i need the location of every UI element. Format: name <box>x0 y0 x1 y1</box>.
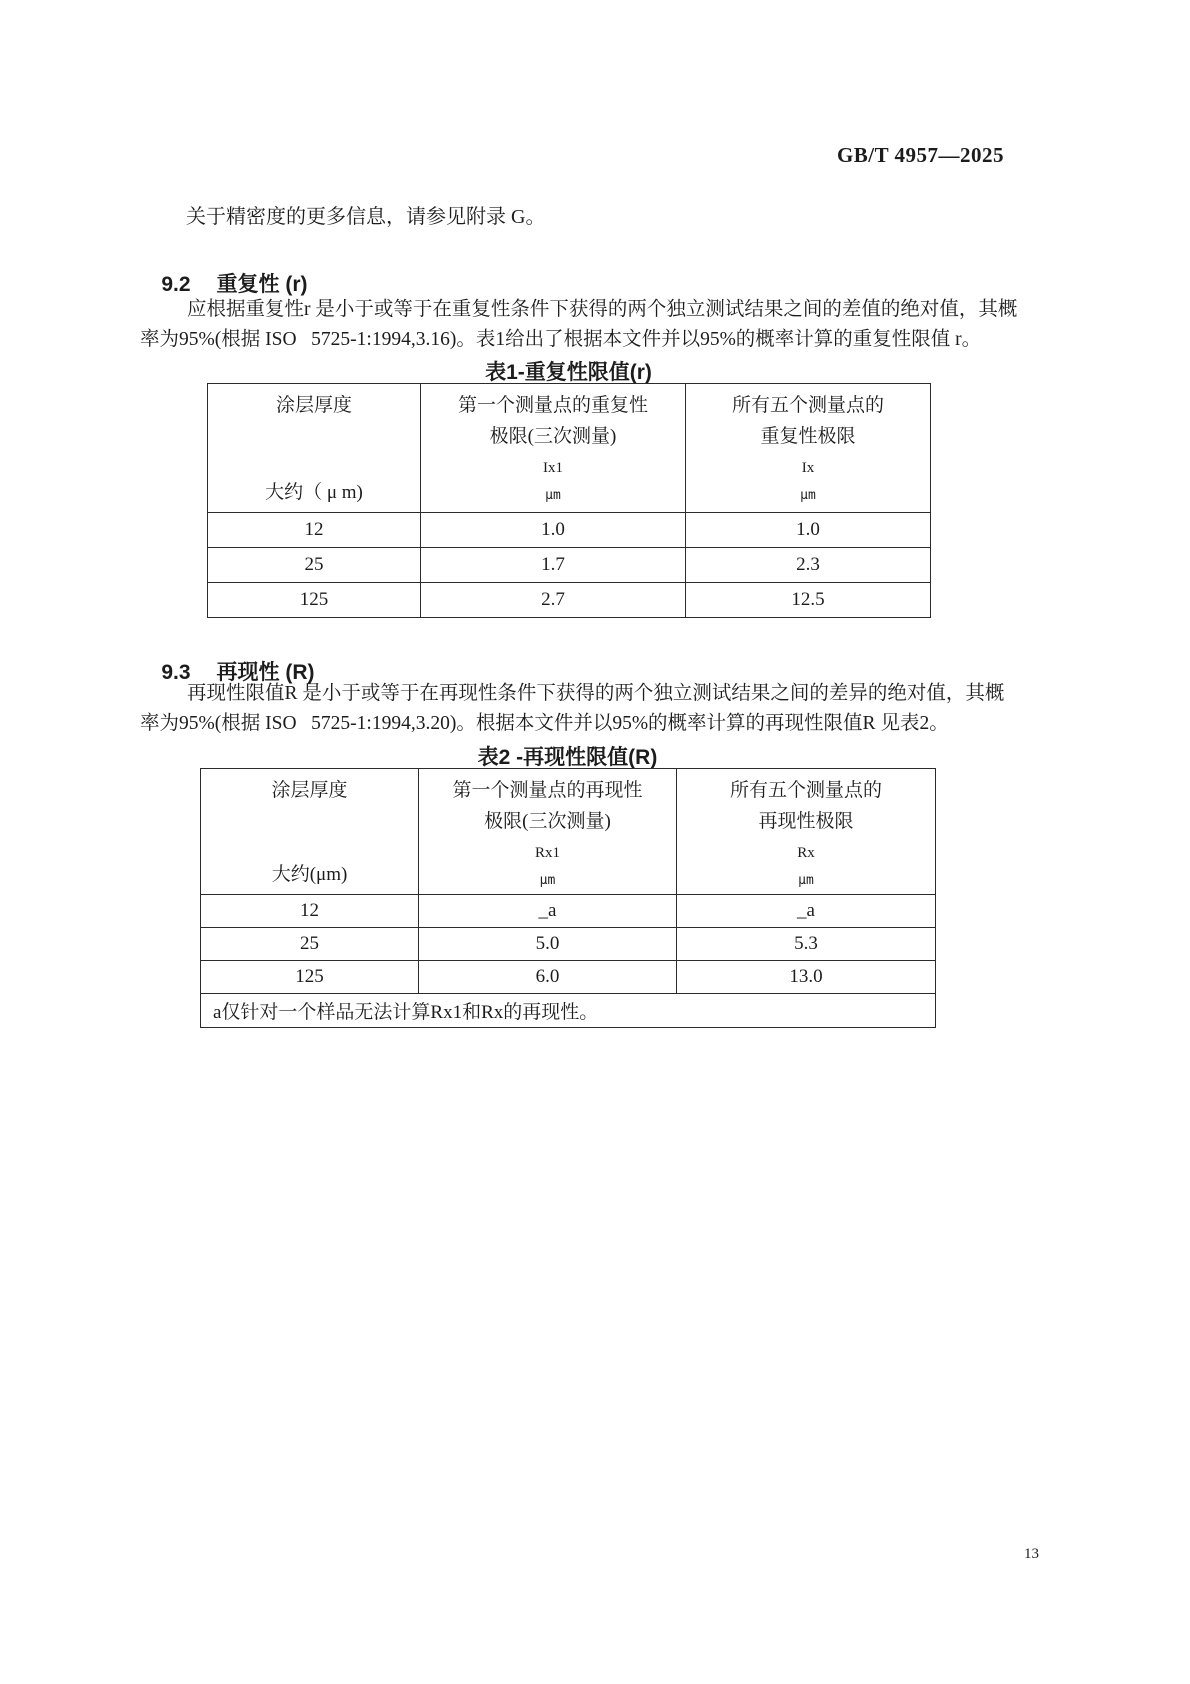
cell-thickness: 12 <box>208 513 421 548</box>
col3-title-line1: 所有五个测量点的 <box>732 395 884 416</box>
table-footnote-row: a仅针对一个样品无法计算Rx1和Rx的再现性。 <box>201 994 936 1028</box>
table2-footnote: a仅针对一个样品无法计算Rx1和Rx的再现性。 <box>201 994 936 1028</box>
cell-limit-first: 1.7 <box>421 548 686 583</box>
table1-header-row: 涂层厚度 大约（ μ m) 第一个测量点的重复性 极限(三次测量) Ix1 μm… <box>208 384 931 513</box>
table1-header-col2: 第一个测量点的重复性 极限(三次测量) Ix1 μm <box>421 384 686 513</box>
cell-limit-first: 2.7 <box>421 583 686 618</box>
table1-caption: 表1-重复性限值(r) <box>207 356 930 386</box>
table2-header-col3: 所有五个测量点的 再现性极限 Rx μm <box>677 769 936 895</box>
cell-limit-first: 5.0 <box>419 928 677 961</box>
col3-unit: μm <box>798 874 814 888</box>
table2-reproducibility-limits: 涂层厚度 大约(μm) 第一个测量点的再现性 极限(三次测量) Rx1 μm 所… <box>200 768 936 1028</box>
table-row: 12 1.0 1.0 <box>208 513 931 548</box>
section-title: 重复性 (r) <box>217 273 308 296</box>
cell-thickness: 25 <box>201 928 419 961</box>
col2-unit: μm <box>540 874 556 888</box>
col2-title-line1: 第一个测量点的重复性 <box>458 395 648 416</box>
table-row: 125 6.0 13.0 <box>201 961 936 994</box>
paragraph-line: 再现性限值R 是小于或等于在再现性条件下获得的两个独立测试结果之间的差异的绝对值… <box>140 679 1070 709</box>
table2-header-row: 涂层厚度 大约(μm) 第一个测量点的再现性 极限(三次测量) Rx1 μm 所… <box>201 769 936 895</box>
paragraph-line: 应根据重复性r 是小于或等于在重复性条件下获得的两个独立测试结果之间的差值的绝对… <box>140 295 1070 325</box>
col3-symbol: Ix <box>802 460 815 477</box>
table1-header-col3: 所有五个测量点的 重复性极限 Ix μm <box>686 384 931 513</box>
cell-thickness: 125 <box>208 583 421 618</box>
col2-title-line1: 第一个测量点的再现性 <box>452 780 642 801</box>
document-page: GB/T 4957—2025 关于精密度的更多信息，请参见附录 G。 9.2重复… <box>0 0 1190 1684</box>
cell-limit-all: 13.0 <box>677 961 936 994</box>
col2-title-line2: 极限(三次测量) <box>484 811 611 832</box>
cell-limit-all: 2.3 <box>686 548 931 583</box>
cell-limit-first: 6.0 <box>419 961 677 994</box>
paragraph-line: 率为95%(根据 ISO 5725-1:1994,3.16)。表1给出了根据本文… <box>140 325 1070 355</box>
col2-unit: μm <box>545 489 561 503</box>
cell-limit-first: _a <box>419 895 677 928</box>
paragraph-9-2: 应根据重复性r 是小于或等于在重复性条件下获得的两个独立测试结果之间的差值的绝对… <box>140 295 1070 355</box>
cell-thickness: 25 <box>208 548 421 583</box>
paragraph-9-3: 再现性限值R 是小于或等于在再现性条件下获得的两个独立测试结果之间的差异的绝对值… <box>140 679 1070 739</box>
col1-label: 涂层厚度 <box>276 395 352 416</box>
col2-symbol: Ix1 <box>543 460 563 477</box>
col3-title-line2: 再现性极限 <box>758 811 853 832</box>
col1-label: 涂层厚度 <box>271 780 347 801</box>
paragraph-line: 率为95%(根据 ISO 5725-1:1994,3.20)。根据本文件并以95… <box>140 709 1070 739</box>
cell-thickness: 12 <box>201 895 419 928</box>
table-row: 25 5.0 5.3 <box>201 928 936 961</box>
cell-limit-all: 1.0 <box>686 513 931 548</box>
cell-thickness: 125 <box>201 961 419 994</box>
table2-header-col2: 第一个测量点的再现性 极限(三次测量) Rx1 μm <box>419 769 677 895</box>
cell-limit-all: _a <box>677 895 936 928</box>
col3-title-line2: 重复性极限 <box>760 426 855 447</box>
col1-sub-label: 大约(μm) <box>272 864 348 885</box>
footnote-text: a仅针对一个样品无法计算Rx1和Rx的再现性。 <box>201 997 935 1024</box>
col2-symbol: Rx1 <box>535 845 560 862</box>
table-row: 125 2.7 12.5 <box>208 583 931 618</box>
page-number: 13 <box>1024 1546 1039 1563</box>
col1-sub-label: 大约（ μ m) <box>265 482 363 503</box>
col3-symbol: Rx <box>797 845 815 862</box>
intro-paragraph: 关于精密度的更多信息，请参见附录 G。 <box>186 200 545 229</box>
table1-repeatability-limits: 涂层厚度 大约（ μ m) 第一个测量点的重复性 极限(三次测量) Ix1 μm… <box>207 383 931 618</box>
table-row: 12 _a _a <box>201 895 936 928</box>
section-number: 9.2 <box>161 273 190 296</box>
cell-limit-first: 1.0 <box>421 513 686 548</box>
col3-title-line1: 所有五个测量点的 <box>730 780 882 801</box>
cell-limit-all: 5.3 <box>677 928 936 961</box>
standard-reference: GB/T 4957—2025 <box>837 143 1004 168</box>
table2-header-col1: 涂层厚度 大约(μm) <box>201 769 419 895</box>
col2-title-line2: 极限(三次测量) <box>490 426 617 447</box>
cell-limit-all: 12.5 <box>686 583 931 618</box>
table1-header-col1: 涂层厚度 大约（ μ m) <box>208 384 421 513</box>
table-row: 25 1.7 2.3 <box>208 548 931 583</box>
col3-unit: μm <box>800 489 816 503</box>
table2-caption: 表2 -再现性限值(R) <box>200 741 935 771</box>
